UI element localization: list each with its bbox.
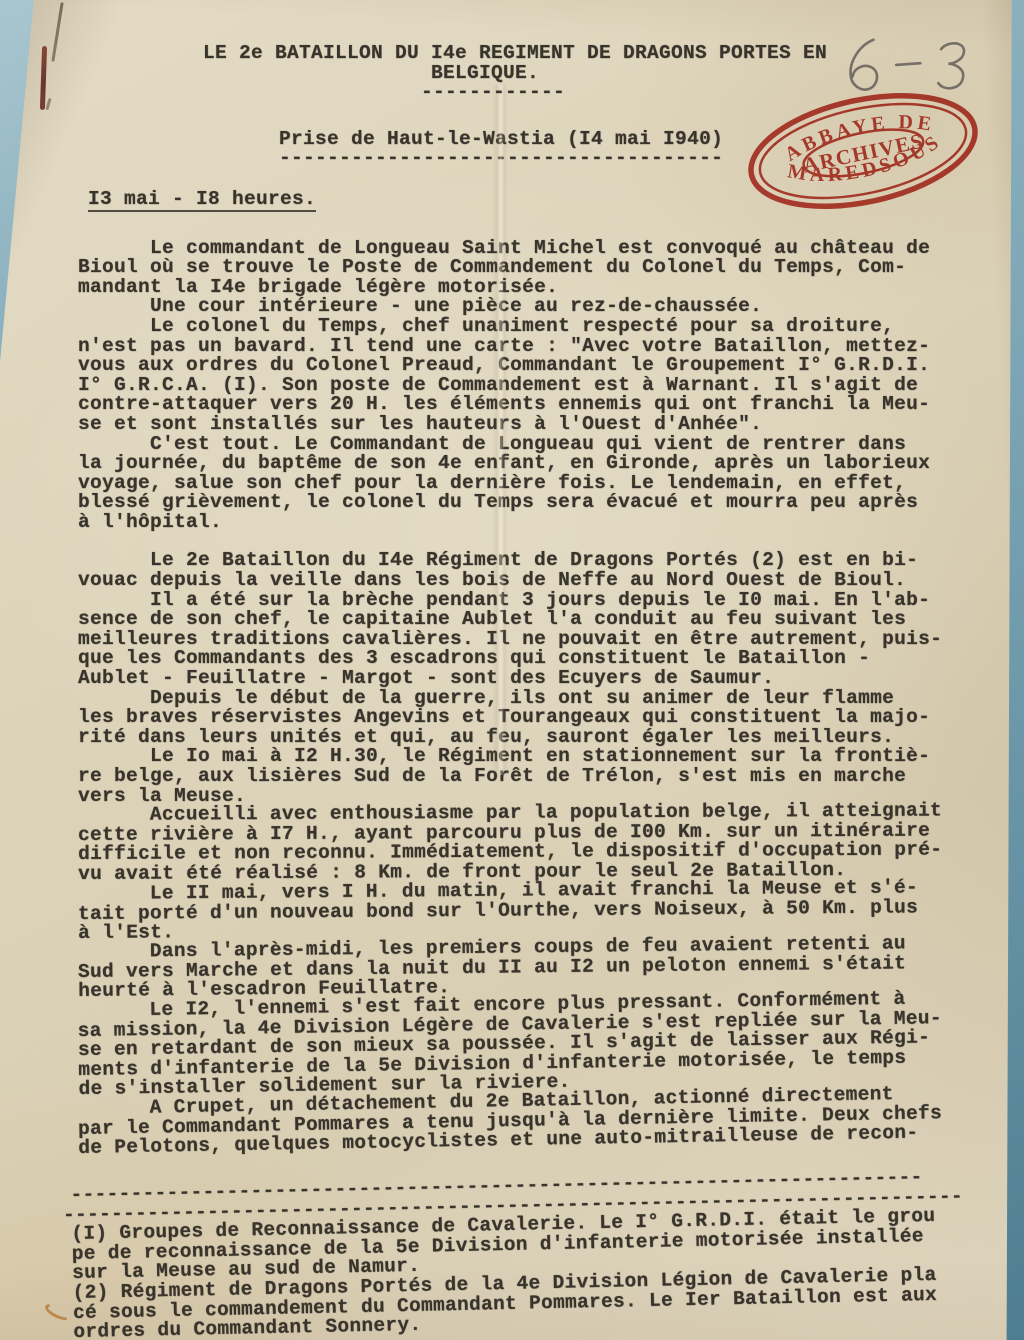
- text-line: Bioul où se trouve le Poste de Commandem…: [78, 258, 1024, 278]
- margin-pen-mark: [45, 98, 51, 110]
- title-block: LE 2e BATAILLON DU I4e REGIMENT DE DRAGO…: [185, 0, 845, 103]
- footnote-block: ----------------------------------------…: [70, 1166, 1024, 1340]
- paragraphs: Le commandant de Longueau Saint Michel e…: [78, 239, 1024, 1159]
- paragraph: Accueilli avec enthousiasme par la popul…: [78, 801, 1024, 884]
- text-line: Une cour intérieure - une pièce au rez-d…: [78, 297, 1024, 317]
- margin-pen-mark: [40, 46, 47, 110]
- document-page: ABBAYE DE MAREDSOUS ARCHIVES LE 2e BATAI…: [0, 0, 1024, 1340]
- text-line: vous aux ordres du Colonel Preaud, Comma…: [78, 356, 1024, 376]
- text-line: les braves réservistes Angevins et Toura…: [78, 708, 1024, 728]
- paragraph: Le commandant de Longueau Saint Michel e…: [78, 239, 1024, 298]
- title-underline-dashes: ------------: [163, 83, 823, 103]
- paper-smudge: [43, 1301, 73, 1324]
- paragraph: Le Io mai à I2 H.30, le Régiment en stat…: [78, 747, 1024, 806]
- paragraph: Il a été sur la brèche pendant 3 jours d…: [78, 591, 1024, 689]
- paragraph: Depuis le début de la guerre, ils ont su…: [78, 689, 1024, 748]
- margin-pen-mark: [51, 2, 63, 62]
- text-line: la journée, du baptême de son 4e enfant,…: [78, 454, 1024, 474]
- text-line: Le colonel du Temps, chef unaniment resp…: [78, 317, 1024, 337]
- text-line: contre-attaquer vers 20 H. les éléments …: [78, 395, 1024, 415]
- photo-background: { "page": { "archive_number": "6 - 3", "…: [0, 0, 1024, 1340]
- paragraph: Le 2e Bataillon du I4e Régiment de Drago…: [78, 551, 1024, 590]
- text-line: vouac depuis la veille dans les bois de …: [78, 571, 1024, 591]
- section-heading: I3 mai - I8 heures.: [88, 190, 316, 212]
- text-line: re belge, aux lisières Sud de la Forêt d…: [78, 767, 1024, 787]
- footnotes: (I) Groupes de Reconnaissance de Cavaler…: [71, 1205, 1024, 1340]
- paragraph: Une cour intérieure - une pièce au rez-d…: [78, 297, 1024, 317]
- text-line: sence de son chef, le capitaine Aublet l…: [78, 610, 1024, 630]
- paragraph: Le colonel du Temps, chef unaniment resp…: [78, 317, 1024, 435]
- text-line: se et sont installés sur les hauteurs à …: [78, 415, 1024, 435]
- text-line: à l'hôpital.: [78, 513, 1024, 533]
- text-line: blessé grièvement, le colonel du Temps s…: [78, 493, 1024, 513]
- paragraph: C'est tout. Le Commandant de Longueau qu…: [78, 435, 1024, 533]
- text-line: Aublet - Feuillatre - Margot - sont des …: [78, 669, 1024, 689]
